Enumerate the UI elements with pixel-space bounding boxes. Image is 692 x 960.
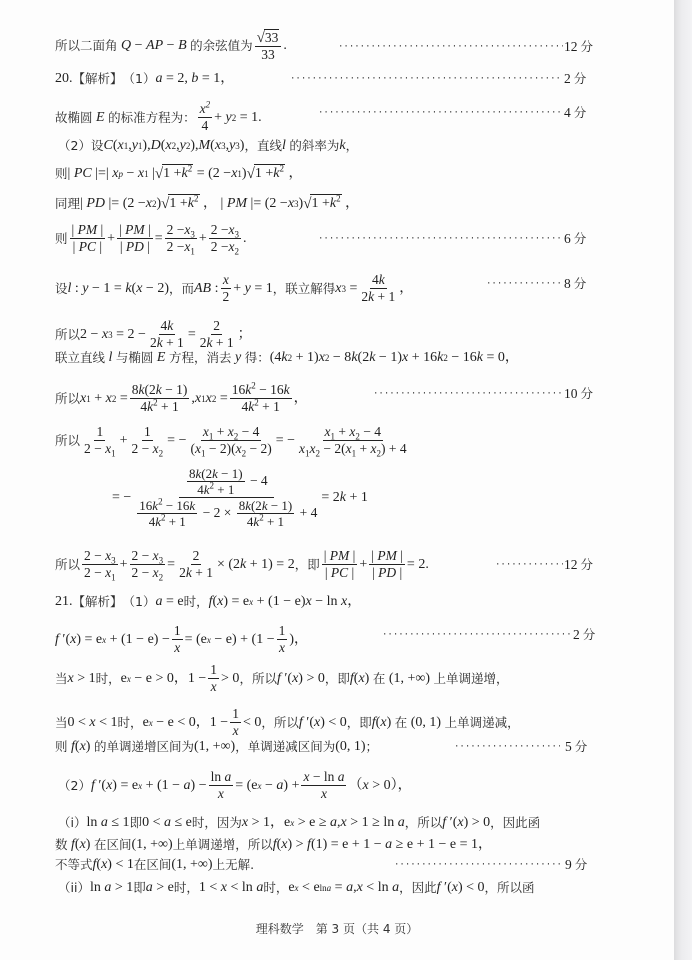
- derivative-f: f ′(x) = ex + (1 − e) − 1x = (ex − e) + …: [55, 623, 308, 656]
- pc-length: 则 | PC |=| xp − x1 | √1 + k2 = (2 − x1)√…: [55, 164, 302, 183]
- score-marker: ··································5分: [454, 738, 587, 756]
- ratio-sum: 则 | PM || PC | + | PM || PD | = 2 − x32 …: [55, 222, 247, 255]
- score-marker: ··························8分: [486, 275, 586, 293]
- page-footer: 理科数学 第 3 页（共 4 页）: [0, 920, 674, 937]
- vieta-formulas: 所以 x1 + x2 = 8k(2k − 1)4k2 + 1 ,x1x2 = 1…: [55, 382, 308, 415]
- increasing-case: 当x > 1时， ex − e > 0，1 − 1x > 0，所以 f ′(x)…: [55, 662, 509, 695]
- ratio-result: 所以 2 − x32 − x1 + 2 − x32 − x2 = 22k + 1…: [55, 548, 429, 581]
- inequality-no-solution: 不等式 f(x) < 1 在区间(1, +∞) 上无解.: [55, 856, 254, 874]
- score-marker: ········································…: [338, 38, 593, 56]
- line-dihedral-cosine: 所以二面角 Q − AP − B 的余弦值为 √3333 .: [55, 29, 287, 63]
- ellipse-equation: 故椭圆 E 的标准方程为： x24 + y2 = 1.: [55, 101, 262, 134]
- score-marker: ········································…: [318, 230, 586, 248]
- combined-quadratic: 联立直线 l 与椭圆 E 方程，消去 y 得： (4k2 + 1)x2 − 8k…: [55, 349, 519, 367]
- reciprocal-sum: 所以 12 − x1 + 12 − x2 = − x1 + x2 − 4(x1 …: [55, 424, 411, 457]
- score-marker: ········································…: [318, 104, 586, 122]
- case-i: （i） ln a ≤ 1即0 < a ≤ e时，因为 x > 1，ex > e …: [58, 814, 540, 832]
- two-minus-x3: 所以 2 − x3 = 2 − 4k2k + 1 = 22k + 1 ；: [55, 318, 252, 351]
- score-marker: ········································…: [373, 385, 593, 403]
- decreasing-case: 当0 < x < 1时， ex − e < 0，1 − 1x < 0，所以 f …: [55, 706, 520, 739]
- line-l-eq: 设 l : y − 1 = k(x − 2) ，而 AB : x2 + y = …: [55, 272, 413, 305]
- part2-setup: （2）设 C(x1,y1),D(x2,y2),M(x3,y3) ，直线l 的斜率…: [58, 137, 358, 155]
- monotonic-intervals: 则 f(x) 的单调递增区间为(1, +∞) ，单调递减区间为(0, 1)；: [55, 738, 378, 756]
- q21-heading: 21. 【解析】 （1） a = e时， f(x) = ex + (1 − e)…: [55, 593, 361, 611]
- compound-fraction: = − 8k(2k − 1)4k2 + 1 − 4 16k2 − 16k4k2 …: [112, 466, 368, 529]
- case-i-continued: 数 f(x) 在区间(1, +∞) 上单调递增，所以 f(x) > f(1) =…: [55, 836, 492, 854]
- score-marker: ·······················12分: [495, 556, 593, 574]
- q20-heading: 20. 【解析】 （1） a = 2, b = 1，: [55, 70, 234, 88]
- part2-derivative: （2） f ′(x) = ex + (1 − a) − ln ax = (ex …: [58, 769, 412, 802]
- fraction: √3333: [255, 29, 282, 63]
- page-edge-scrollbar[interactable]: [674, 0, 692, 960]
- case-ii: （ii） ln a > 1即a > e时， 1 < x < ln a时， ex …: [58, 879, 535, 897]
- pd-pm-length: 同理 | PD |= (2 − x2)√1 + k2 ， | PM |= (2 …: [55, 194, 359, 213]
- score-marker: ········································…: [290, 70, 586, 88]
- score-marker: ········································…: [382, 626, 595, 644]
- score-marker: ········································…: [394, 856, 587, 874]
